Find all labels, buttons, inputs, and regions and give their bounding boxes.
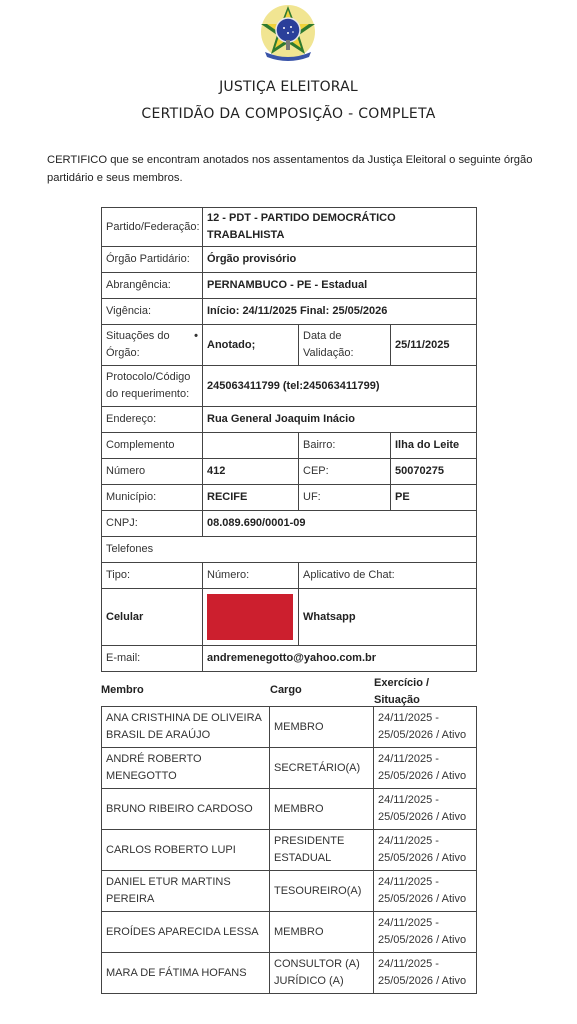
row-municipio: Município: RECIFE UF: PE <box>102 485 477 511</box>
orgao-value: Órgão provisório <box>203 247 477 273</box>
header-membro: Membro <box>101 684 144 696</box>
tipo-label: Tipo: <box>102 563 203 589</box>
header-exercicio: Exercício / Situação <box>374 675 444 709</box>
row-numero: Número 412 CEP: 50070275 <box>102 459 477 485</box>
row-telefones: Telefones <box>102 537 477 563</box>
party-info-table: Partido/Federação: 12 - PDT - PARTIDO DE… <box>101 207 477 672</box>
orgao-label: Órgão Partidário: <box>102 247 203 273</box>
partido-value: 12 - PDT - PARTIDO DEMOCRÁTICO TRABALHIS… <box>203 208 477 247</box>
chat-value: Whatsapp <box>299 589 477 646</box>
situacoes-value: Anotado; <box>203 325 299 366</box>
row-endereco: Endereço: Rua General Joaquim Inácio <box>102 407 477 433</box>
member-exercicio: 24/11/2025 - 25/05/2026 / Ativo <box>374 707 477 748</box>
header-cargo: Cargo <box>270 684 302 696</box>
row-orgao: Órgão Partidário: Órgão provisório <box>102 247 477 273</box>
member-exercicio: 24/11/2025 - 25/05/2026 / Ativo <box>374 789 477 830</box>
member-nome: MARA DE FÁTIMA HOFANS <box>102 953 270 994</box>
member-row: ANA CRISTHINA DE OLIVEIRA BRASIL DE ARAÚ… <box>102 707 477 748</box>
protocolo-label: Protocolo/Código do requerimento: <box>102 366 203 407</box>
tipo-value: Celular <box>102 589 203 646</box>
uf-value: PE <box>391 485 477 511</box>
member-exercicio: 24/11/2025 - 25/05/2026 / Ativo <box>374 830 477 871</box>
member-row: DANIEL ETUR MARTINS PEREIRATESOUREIRO(A)… <box>102 871 477 912</box>
member-row: EROÍDES APARECIDA LESSAMEMBRO24/11/2025 … <box>102 912 477 953</box>
member-cargo: CONSULTOR (A) JURÍDICO (A) <box>270 953 374 994</box>
member-row: ANDRÉ ROBERTO MENEGOTTOSECRETÁRIO(A)24/1… <box>102 748 477 789</box>
abrangencia-value: PERNAMBUCO - PE - Estadual <box>203 273 477 299</box>
row-cnpj: CNPJ: 08.089.690/0001-09 <box>102 511 477 537</box>
numero-value: 412 <box>203 459 299 485</box>
row-phone: Celular Whatsapp <box>102 589 477 646</box>
validacao-label: Data de Validação: <box>299 325 391 366</box>
email-value: andremenegotto@yahoo.com.br <box>203 646 477 672</box>
chat-label: Aplicativo de Chat: <box>299 563 477 589</box>
member-row: BRUNO RIBEIRO CARDOSOMEMBRO24/11/2025 - … <box>102 789 477 830</box>
row-partido: Partido/Federação: 12 - PDT - PARTIDO DE… <box>102 208 477 247</box>
partido-label: Partido/Federação: <box>102 208 203 247</box>
complemento-label: Complemento <box>102 433 203 459</box>
member-nome: CARLOS ROBERTO LUPI <box>102 830 270 871</box>
member-cargo: MEMBRO <box>270 707 374 748</box>
member-exercicio: 24/11/2025 - 25/05/2026 / Ativo <box>374 748 477 789</box>
member-row: MARA DE FÁTIMA HOFANSCONSULTOR (A) JURÍD… <box>102 953 477 994</box>
page-subtitle: CERTIDÃO DA COMPOSIÇÃO - COMPLETA <box>0 106 577 122</box>
intro-text: CERTIFICO que se encontram anotados nos … <box>47 151 537 187</box>
cnpj-value: 08.089.690/0001-09 <box>203 511 477 537</box>
row-phone-headers: Tipo: Número: Aplicativo de Chat: <box>102 563 477 589</box>
phone-number-cell <box>203 589 299 646</box>
vigencia-value: Início: 24/11/2025 Final: 25/05/2026 <box>203 299 477 325</box>
redacted-phone-number <box>207 594 293 640</box>
row-vigencia: Vigência: Início: 24/11/2025 Final: 25/0… <box>102 299 477 325</box>
row-abrangencia: Abrangência: PERNAMBUCO - PE - Estadual <box>102 273 477 299</box>
member-nome: BRUNO RIBEIRO CARDOSO <box>102 789 270 830</box>
member-cargo: MEMBRO <box>270 789 374 830</box>
cnpj-label: CNPJ: <box>102 511 203 537</box>
bullet-icon: • <box>194 328 198 345</box>
row-email: E-mail: andremenegotto@yahoo.com.br <box>102 646 477 672</box>
municipio-value: RECIFE <box>203 485 299 511</box>
member-row: CARLOS ROBERTO LUPIPRESIDENTE ESTADUAL24… <box>102 830 477 871</box>
member-cargo: MEMBRO <box>270 912 374 953</box>
row-situacoes: • Situações do Órgão: Anotado; Data de V… <box>102 325 477 366</box>
member-exercicio: 24/11/2025 - 25/05/2026 / Ativo <box>374 912 477 953</box>
protocolo-value: 245063411799 (tel:245063411799) <box>203 366 477 407</box>
situacoes-label: Situações do Órgão: <box>106 330 170 359</box>
validacao-value: 25/11/2025 <box>391 325 477 366</box>
bairro-value: Ilha do Leite <box>391 433 477 459</box>
member-exercicio: 24/11/2025 - 25/05/2026 / Ativo <box>374 953 477 994</box>
uf-label: UF: <box>299 485 391 511</box>
complemento-value <box>203 433 299 459</box>
numero-label: Número <box>102 459 203 485</box>
telefones-label: Telefones <box>102 537 477 563</box>
cep-value: 50070275 <box>391 459 477 485</box>
email-label: E-mail: <box>102 646 203 672</box>
endereco-label: Endereço: <box>102 407 203 433</box>
member-nome: EROÍDES APARECIDA LESSA <box>102 912 270 953</box>
page-title: JUSTIÇA ELEITORAL <box>0 79 577 95</box>
numero-tel-label: Número: <box>203 563 299 589</box>
cep-label: CEP: <box>299 459 391 485</box>
member-nome: ANDRÉ ROBERTO MENEGOTTO <box>102 748 270 789</box>
row-protocolo: Protocolo/Código do requerimento: 245063… <box>102 366 477 407</box>
bairro-label: Bairro: <box>299 433 391 459</box>
row-complemento: Complemento Bairro: Ilha do Leite <box>102 433 477 459</box>
member-cargo: PRESIDENTE ESTADUAL <box>270 830 374 871</box>
abrangencia-label: Abrangência: <box>102 273 203 299</box>
members-table: ANA CRISTHINA DE OLIVEIRA BRASIL DE ARAÚ… <box>101 706 477 994</box>
vigencia-label: Vigência: <box>102 299 203 325</box>
member-exercicio: 24/11/2025 - 25/05/2026 / Ativo <box>374 871 477 912</box>
member-cargo: TESOUREIRO(A) <box>270 871 374 912</box>
member-nome: ANA CRISTHINA DE OLIVEIRA BRASIL DE ARAÚ… <box>102 707 270 748</box>
member-cargo: SECRETÁRIO(A) <box>270 748 374 789</box>
brazil-coat-of-arms-icon <box>255 2 321 64</box>
endereco-value: Rua General Joaquim Inácio <box>203 407 477 433</box>
member-nome: DANIEL ETUR MARTINS PEREIRA <box>102 871 270 912</box>
municipio-label: Município: <box>102 485 203 511</box>
